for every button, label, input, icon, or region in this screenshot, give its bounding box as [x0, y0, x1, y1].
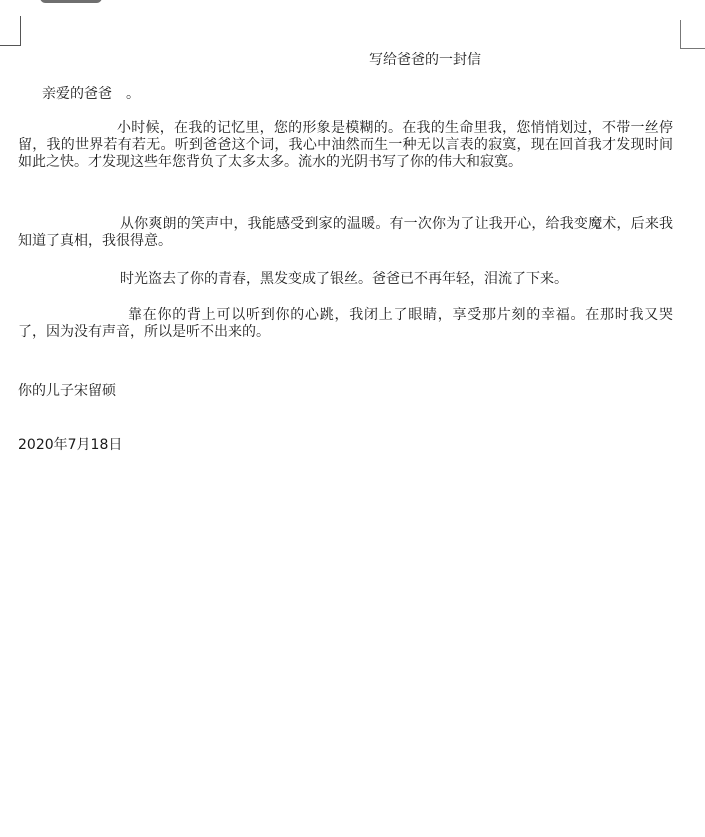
- letter-signature: 你的儿子宋留硕: [18, 380, 116, 400]
- letter-paragraph: 小时候，在我的记忆里，您的形象是模糊的。在我的生命里我，您悄悄划过，不带一丝停留…: [18, 120, 673, 171]
- letter-paragraph: 靠在你的背上可以听到你的心跳，我闭上了眼睛，享受那片刻的幸福。在那时我又哭了，因…: [18, 307, 673, 341]
- letter-title: 写给爸爸的一封信: [369, 49, 481, 69]
- letter-date: 2020年7月18日: [18, 434, 122, 454]
- top-handle-pill: [40, 0, 102, 3]
- letter-paragraph: 从你爽朗的笑声中，我能感受到家的温暖。有一次你为了让我开心，给我变魔术，后来我知…: [18, 216, 673, 250]
- page-corner-mark-right: [680, 20, 705, 49]
- page-corner-mark-left: [0, 16, 21, 46]
- letter-salutation: 亲爱的爸爸 。: [42, 83, 140, 103]
- letter-paragraph: 时光盗去了你的青春，黑发变成了银丝。爸爸已不再年轻，泪流了下来。: [18, 271, 673, 288]
